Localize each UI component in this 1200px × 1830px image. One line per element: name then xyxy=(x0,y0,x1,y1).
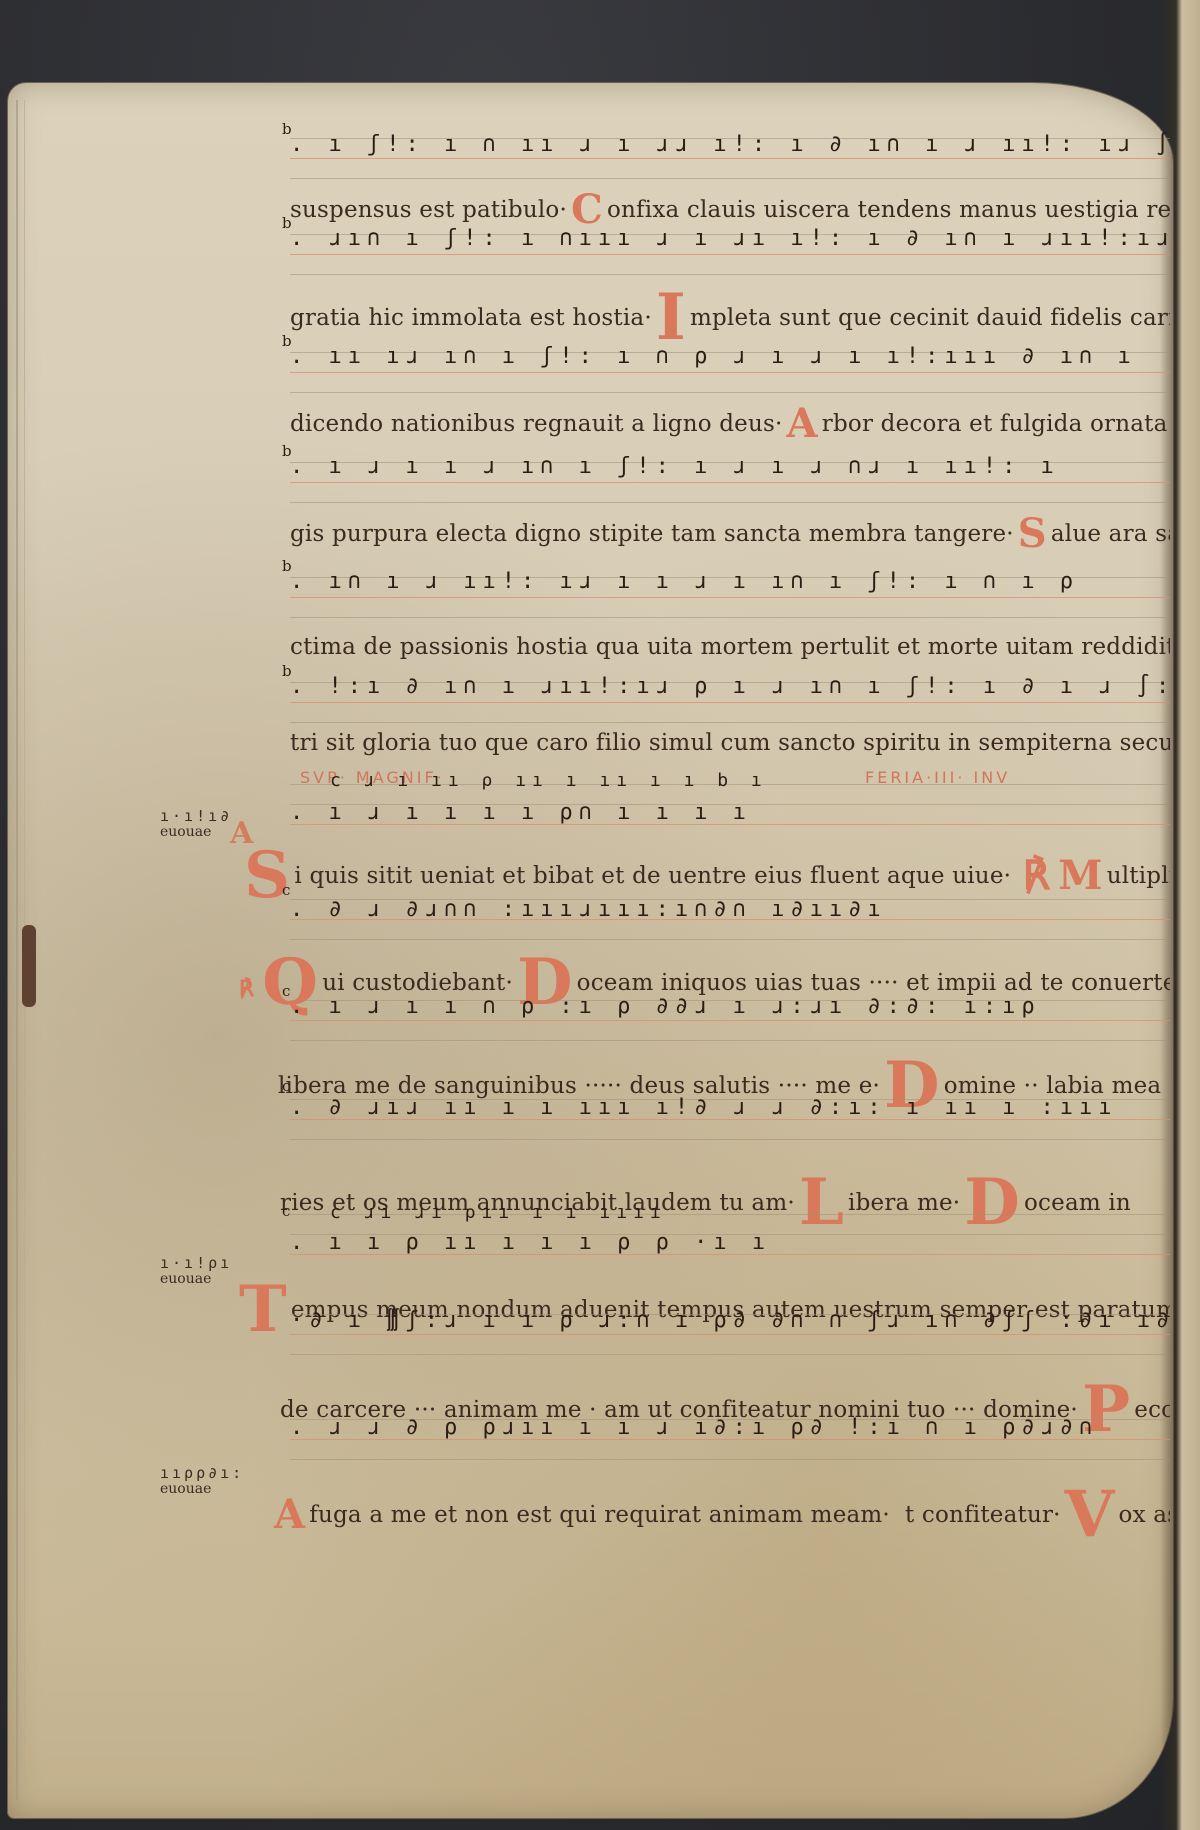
chant-system-2: b . ɹı∩ ı ʃ!: ı ∩ııı ɹ ı ɹı ı!: ı ∂ ı∩ ı… xyxy=(290,222,1170,312)
lyric-text: tri sit gloria tuo que caro filio simul … xyxy=(290,730,1170,756)
lyric-text: onfixa clauis uiscera tendens manus uest… xyxy=(607,197,1170,223)
neume-row: . ı ɹ ı ı ɹ ı∩ ı ʃ!: ı ɹ ı ɹ ∩ɹ ı ıı!: ı xyxy=(290,454,1170,479)
neume-row: . ıı ıɹ ı∩ ı ʃ!: ı ∩ ρ ɹ ı ɹ ı ı!:ııı ∂ … xyxy=(290,344,1170,369)
chant-system-12: ·∂ ı ∭ʃ:ɹ ı ı ρ ɹ:∩ ı ρ∂ ∂∩ ∩ ʃɹ ı∩ ∂ʃʃ … xyxy=(290,1300,1170,1410)
lyric-text: ox ascendit xyxy=(1119,1502,1170,1528)
lyric-line: dicendo nationibus regnauit a ligno deus… xyxy=(290,400,1170,447)
rubric-initial: T xyxy=(239,1272,287,1347)
lyric-text: gratia hic immolata est hostia· xyxy=(290,305,652,331)
lyric-text: dicendo nationibus regnauit a ligno deus… xyxy=(290,411,783,437)
neume-row: . ı ɹ ı ı ı ı ρ∩ ı ı ı ı xyxy=(290,800,1170,825)
rubric-initial: S xyxy=(1018,510,1047,557)
neume-row: . !:ı ∂ ı∩ ı ɹıı!:ıɹ ρ ı ɹ ı∩ ı ʃ!: ı ∂ … xyxy=(290,674,1170,699)
chant-system-3: b . ıı ıɹ ı∩ ı ʃ!: ı ∩ ρ ɹ ı ɹ ı ı!:ııı … xyxy=(290,340,1170,430)
lyric-text: ctima de passionis hostia qua uita morte… xyxy=(290,634,1170,660)
chant-system-4: b . ı ɹ ı ı ɹ ı∩ ı ʃ!: ı ɹ ı ɹ ∩ɹ ı ıı!:… xyxy=(290,450,1170,540)
c-clef-icon: c xyxy=(282,1202,290,1220)
chant-system-13: . ɹ ɹ ∂ ρ ρɹıı ı ı ɹ ı∂:ı ρ∂ !:ı ∩ ı ρ∂ɹ… xyxy=(290,1405,1170,1515)
neume-row: . ı ʃ!: ı ∩ ıı ɹ ı ɹɹ ı!: ı ∂ ı∩ ı ɹ ıı!… xyxy=(290,132,1170,157)
chant-system-6: b . !:ı ∂ ı∩ ı ɹıı!:ıɹ ρ ı ɹ ı∩ ı ʃ!: ı … xyxy=(290,670,1170,760)
chant-system-5: b . ı∩ ı ɹ ıı!: ıɹ ı ı ɹ ı ı∩ ı ʃ!: ı ∩ … xyxy=(290,565,1170,655)
neume-row: ·∂ ı ∭ʃ:ɹ ı ı ρ ɹ:∩ ı ρ∂ ∂∩ ∩ ʃɹ ı∩ ∂ʃʃ … xyxy=(290,1308,1170,1333)
rubric-initial: A xyxy=(274,1491,305,1538)
chant-system-8: c . ∂ ɹ ∂ɹ∩∩ :ıııɹııı:ı∩∂∩ ı∂ıı∂ı ℟Qui c… xyxy=(290,885,1170,995)
lyric-text: gis purpura electa digno stipite tam san… xyxy=(290,521,1014,547)
chant-system-1: b . ı ʃ!: ı ∩ ıı ɹ ı ɹɹ ı!: ı ∂ ı∩ ı ɹ ı… xyxy=(290,128,1170,218)
lyric-line: Afuga a me et non est qui requirat anima… xyxy=(270,1477,1170,1552)
neume-row: . ɹı∩ ı ʃ!: ı ∩ııı ɹ ı ɹı ı!: ı ∂ ı∩ ı ɹ… xyxy=(290,226,1170,251)
binding-stain xyxy=(22,925,36,1007)
rubric-initial: A xyxy=(787,400,818,447)
neume-row-upper: c ɹ ı ıı ρ ıı ı ıı ı ı b ı xyxy=(330,770,1170,791)
lyric-text: rbor decora et fulgida ornata xyxy=(822,411,1168,437)
neume-row: . ɹ ɹ ∂ ρ ρɹıı ı ı ɹ ı∂:ı ρ∂ !:ı ∩ ı ρ∂ɹ… xyxy=(290,1415,1170,1440)
antiphon-marker: A xyxy=(230,816,253,851)
chant-system-11: c c ɹı ɹı ρıı ı ı ıııı . ı ı ρ ıı ı ı ı … xyxy=(290,1200,1170,1310)
lyric-text: fuga a me et non est qui requirat animam… xyxy=(309,1502,890,1528)
lyric-line: tri sit gloria tuo que caro filio simul … xyxy=(290,730,1170,756)
chant-system-7: c ɹ ı ıı ρ ıı ı ıı ı ı b ı . ı ɹ ı ı ı ı… xyxy=(290,770,1170,880)
neume-row: . ∂ ɹ ∂ɹ∩∩ :ıııɹııı:ı∩∂∩ ı∂ıı∂ı xyxy=(290,897,1170,922)
rubric-initial: V xyxy=(1065,1477,1115,1552)
lyric-text: t confiteatur· xyxy=(905,1502,1061,1528)
chant-system-9: c . ı ɹ ı ı ∩ ρ :ı ρ ∂∂ɹ ı ɹ:ɹı ∂:∂: ı:ı… xyxy=(290,990,1170,1090)
chant-system-10: c . ∂ ɹıɹ ıı ı ı ııı ı!∂ ɹ ɹ ∂:ı: ı ıı ı… xyxy=(290,1085,1170,1195)
lyric-line: ctima de passionis hostia qua uita morte… xyxy=(290,623,1170,670)
lyric-text: suspensus est patibulo· xyxy=(290,197,567,223)
lyric-text: alue ara salue xyxy=(1051,521,1170,547)
margin-differentia-1: ı·ı!ı∂ euouae xyxy=(160,808,232,840)
response-marker: ℟ xyxy=(239,976,254,1002)
margin-differentia-3: ııρρ∂ı: euouae xyxy=(160,1465,244,1497)
neume-row: . ∂ ɹıɹ ıı ı ı ııı ı!∂ ɹ ɹ ∂:ı: ı ıı ı :… xyxy=(290,1095,1170,1120)
neume-row: . ı ɹ ı ı ∩ ρ :ı ρ ∂∂ɹ ı ɹ:ɹı ∂:∂: ı:ıρ xyxy=(290,994,1170,1019)
c-clef-icon: c xyxy=(282,1077,290,1095)
lyric-text: mpleta sunt que cecinit dauid fidelis ca… xyxy=(690,305,1170,331)
neume-row-upper: c ɹı ɹı ρıı ı ı ıııı xyxy=(330,1202,1170,1223)
neume-row: . ı ı ρ ıı ı ı ı ρ ρ ·ı ı xyxy=(290,1230,1170,1255)
neume-row: . ı∩ ı ɹ ıı!: ıɹ ı ı ɹ ı ı∩ ı ʃ!: ı ∩ ı … xyxy=(290,569,1170,594)
margin-differentia-2: ı·ı!ρı euouae xyxy=(160,1255,232,1287)
lyric-line: gis purpura electa digno stipite tam san… xyxy=(290,510,1170,557)
